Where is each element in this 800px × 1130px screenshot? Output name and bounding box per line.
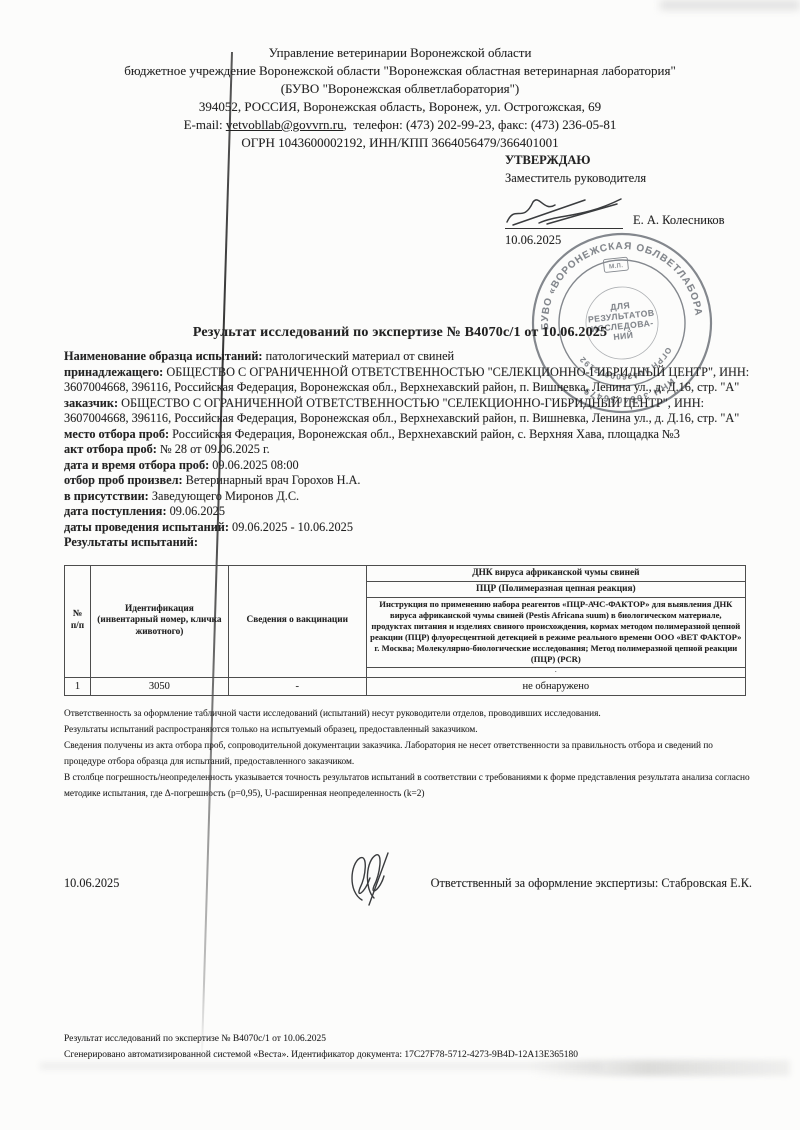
field-sampling-place: место отбора проб: Российская Федерация,… — [64, 427, 752, 443]
row-identification: 3050 — [90, 677, 228, 696]
responsible-signature — [336, 848, 398, 908]
field-value: Российская Федерация, Воронежская обл., … — [172, 427, 680, 441]
field-label: место отбора проб: — [64, 427, 169, 441]
letterhead: Управление ветеринарии Воронежской облас… — [70, 44, 730, 152]
scan-smudge — [40, 1062, 600, 1070]
table-row: 1 3050 - не обнаружено — [65, 677, 746, 696]
field-customer: заказчик: ОБЩЕСТВО С ОГРАНИЧЕННОЙ ОТВЕТС… — [64, 396, 752, 427]
col-header-num: № п/п — [65, 565, 91, 677]
approve-word: УТВЕРЖДАЮ — [505, 151, 760, 169]
institution-name: бюджетное учреждение Воронежской области… — [70, 62, 730, 80]
row-result: не обнаружено — [366, 677, 745, 696]
field-value: 09.06.2025 - 10.06.2025 — [232, 520, 353, 534]
field-value: патологический материал от свиней — [266, 349, 455, 363]
method-full-header: Инструкция по применению набора реагенто… — [366, 597, 745, 667]
field-label: в присутствии: — [64, 489, 149, 503]
field-witness: в присутствии: Заведующего Миронов Д.С. — [64, 489, 752, 505]
col-header-identification: Идентификация (инвентарный номер, кличка… — [90, 565, 228, 677]
approver-position: Заместитель руководителя — [505, 169, 760, 187]
note-line: Ответственность за оформление табличной … — [64, 706, 752, 722]
field-sample-name: Наименование образца испытаний: патологи… — [64, 349, 752, 365]
field-label: Результаты испытаний: — [64, 535, 198, 549]
phone-fax: , телефон: (473) 202-99-23, факс: (473) … — [344, 117, 617, 132]
sub-mark-cell: · — [366, 667, 745, 677]
table-header-row: № п/п Идентификация (инвентарный номер, … — [65, 565, 746, 581]
field-test-dates: даты проведения испытаний: 09.06.2025 - … — [64, 520, 752, 536]
approver-signature — [505, 191, 623, 229]
field-label: отбор проб произвел: — [64, 473, 183, 487]
note-line: В столбце погрешность/неопределенность у… — [64, 770, 752, 802]
responsible-label: Ответственный за оформление экспертизы: … — [431, 876, 752, 891]
field-label: акт отбора проб: — [64, 442, 157, 456]
stamp-mp-label: м.п. — [608, 260, 623, 270]
authority-name: Управление ветеринарии Воронежской облас… — [70, 44, 730, 62]
org-contacts: E-mail: vetvobllab@govvrn.ru, телефон: (… — [70, 116, 730, 134]
signoff-date: 10.06.2025 — [64, 876, 119, 891]
scanned-document-page: Управление ветеринарии Воронежской облас… — [0, 0, 800, 1130]
document-title: Результат исследований по экспертизе № В… — [0, 325, 800, 341]
field-value: 09.06.2025 08:00 — [212, 458, 298, 472]
org-ogrn-inn: ОГРН 1043600002192, ИНН/КПП 3664056479/3… — [70, 134, 730, 152]
field-sampler: отбор проб произвел: Ветеринарный врач Г… — [64, 473, 752, 489]
field-value: ОБЩЕСТВО С ОГРАНИЧЕННОЙ ОТВЕТСТВЕННОСТЬЮ… — [64, 396, 739, 426]
note-line: Результаты испытаний распространяются то… — [64, 722, 752, 738]
results-table: № п/п Идентификация (инвентарный номер, … — [64, 565, 746, 697]
field-sampling-act: акт отбора проб: № 28 от 09.06.2025 г. — [64, 442, 752, 458]
email-address: vetvobllab@govvrn.ru — [226, 117, 344, 132]
approver-signature-row: Е. А. Колесников — [505, 189, 760, 229]
document-footer: Результат исследований по экспертизе № В… — [64, 1031, 752, 1063]
disclaimer-notes: Ответственность за оформление табличной … — [64, 706, 752, 802]
field-label: даты проведения испытаний: — [64, 520, 229, 534]
field-receipt-date: дата поступления: 09.06.2025 — [64, 504, 752, 520]
field-sampling-datetime: дата и время отбора проб: 09.06.2025 08:… — [64, 458, 752, 474]
col-header-vaccination: Сведения о вакцинации — [228, 565, 366, 677]
note-line: Сведения получены из акта отбора проб, с… — [64, 738, 752, 770]
field-value: 09.06.2025 — [170, 504, 225, 518]
test-name-header: ДНК вируса африканской чумы свиней — [366, 565, 745, 581]
field-owner: принадлежащего: ОБЩЕСТВО С ОГРАНИЧЕННОЙ … — [64, 365, 752, 396]
field-label: Наименование образца испытаний: — [64, 349, 263, 363]
field-label: принадлежащего: — [64, 365, 163, 379]
field-label: заказчик: — [64, 396, 118, 410]
field-value: Ветеринарный врач Горохов Н.А. — [186, 473, 361, 487]
field-label: дата поступления: — [64, 504, 167, 518]
org-address: 394052, РОССИЯ, Воронежская область, Вор… — [70, 98, 730, 116]
method-short-header: ПЦР (Полимеразная цепная реакция) — [366, 581, 745, 597]
row-vaccination: - — [228, 677, 366, 696]
footer-generated-by: Сгенерировано автоматизированной системо… — [64, 1047, 752, 1063]
signature-stroke — [499, 190, 629, 232]
document-body: Наименование образца испытаний: патологи… — [64, 349, 752, 802]
footer-expertise-ref: Результат исследований по экспертизе № В… — [64, 1031, 752, 1047]
field-value: № 28 от 09.06.2025 г. — [160, 442, 270, 456]
institution-short-name: (БУВО "Воронежская облветлаборатория") — [70, 80, 730, 98]
email-label: E-mail: — [184, 117, 223, 132]
field-value: ОБЩЕСТВО С ОГРАНИЧЕННОЙ ОТВЕТСТВЕННОСТЬЮ… — [64, 365, 749, 395]
field-value: Заведующего Миронов Д.С. — [152, 489, 299, 503]
signoff-row: 10.06.2025 Ответственный за оформление э… — [64, 876, 752, 891]
results-label: Результаты испытаний: — [64, 535, 752, 551]
field-label: дата и время отбора проб: — [64, 458, 209, 472]
scan-smudge — [660, 0, 800, 10]
row-num: 1 — [65, 677, 91, 696]
